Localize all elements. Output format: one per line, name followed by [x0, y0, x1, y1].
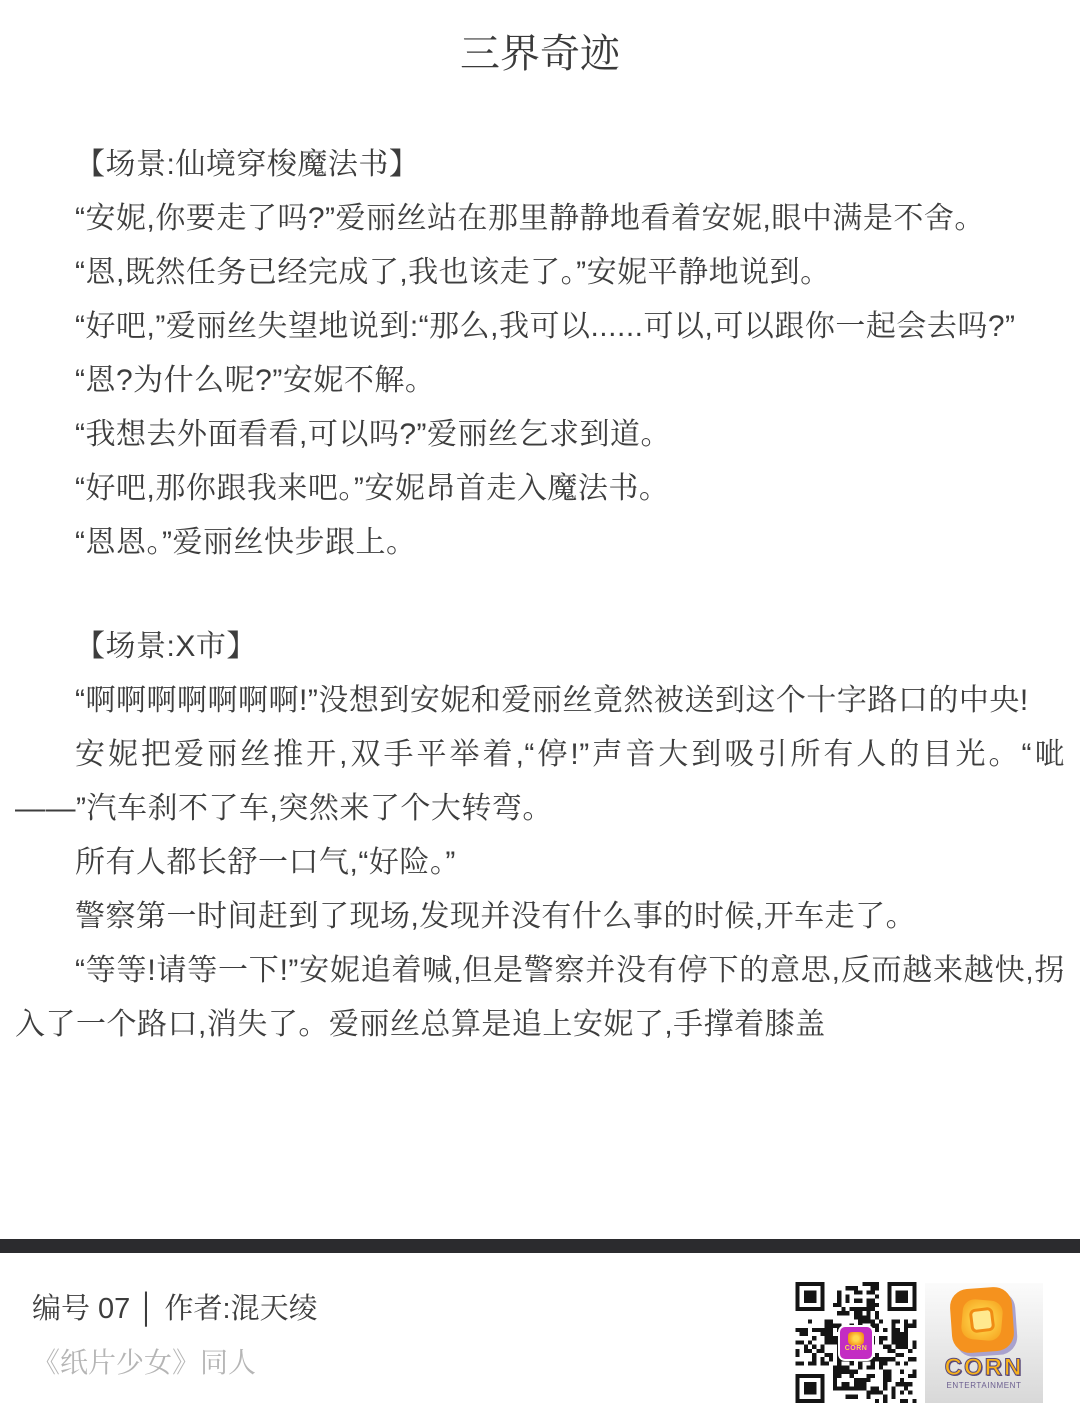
story-page: 三界奇迹 【场景:仙境穿梭魔法书】 “安妮,你要走了吗?”爱丽丝站在那里静静地看…	[0, 0, 1080, 1423]
issue-author-line: 编号 07 │ 作者:混天绫	[32, 1287, 318, 1331]
story-paragraph: “恩恩。”爱丽丝快步跟上。	[15, 516, 1065, 570]
story-paragraph: “好吧,”爱丽丝失望地说到:“那么,我可以......可以,可以跟你一起会去吗?…	[15, 300, 1065, 354]
story-paragraph: “我想去外面看看,可以吗?”爱丽丝乞求到道。	[15, 408, 1065, 462]
page-title: 三界奇迹	[0, 0, 1080, 82]
story-paragraph: “好吧,那你跟我来吧。”安妮昂首走入魔法书。	[15, 462, 1065, 516]
story-paragraph: “安妮,你要走了吗?”爱丽丝站在那里静静地看着安妮,眼中满是不舍。	[15, 192, 1065, 246]
footer-divider-bar	[0, 1239, 1080, 1253]
story-paragraph: 所有人都长舒一口气,“好险。”	[15, 836, 1065, 890]
story-paragraph: “恩?为什么呢?”安妮不解。	[15, 354, 1065, 408]
corn-logo: CORN ENTERTAINMENT	[925, 1283, 1043, 1403]
corn-logo-icon	[951, 1288, 1017, 1354]
story-content: 【场景:仙境穿梭魔法书】 “安妮,你要走了吗?”爱丽丝站在那里静静地看着安妮,眼…	[0, 138, 1080, 1052]
story-paragraph: “等等!请等一下!”安妮追着喊,但是警察并没有停下的意思,反而越来越快,拐入了一…	[15, 944, 1065, 1052]
scene-header: 【场景:X市】	[15, 620, 1065, 674]
page-footer: 编号 07 │ 作者:混天绫 《纸片少女》同人 CORN CORN ENTERT…	[0, 1253, 1080, 1423]
corn-logo-text: CORN	[945, 1355, 1024, 1381]
story-paragraph: 警察第一时间赶到了现场,发现并没有什么事的时候,开车走了。	[15, 890, 1065, 944]
fandom-line: 《纸片少女》同人	[32, 1341, 256, 1385]
qr-code: CORN	[794, 1282, 918, 1403]
qr-badge-icon	[848, 1332, 864, 1345]
corn-logo-subtext: ENTERTAINMENT	[946, 1381, 1021, 1391]
story-paragraph: “恩,既然任务已经完成了,我也该走了。”安妮平静地说到。	[15, 246, 1065, 300]
story-paragraph: 安妮把爱丽丝推开,双手平举着,“停!”声音大到吸引所有人的目光。“呲——”汽车刹…	[15, 728, 1065, 836]
qr-badge-label: CORN	[845, 1345, 868, 1353]
story-paragraph: “啊啊啊啊啊啊啊!”没想到安妮和爱丽丝竟然被送到这个十字路口的中央!	[15, 674, 1065, 728]
scene-header: 【场景:仙境穿梭魔法书】	[15, 138, 1065, 192]
qr-center-logo: CORN	[838, 1325, 874, 1361]
